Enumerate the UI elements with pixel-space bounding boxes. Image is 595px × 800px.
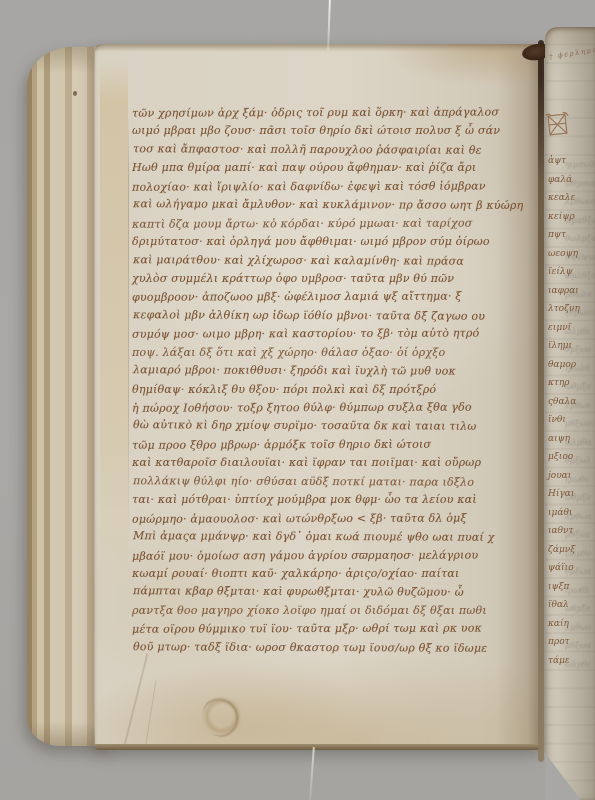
hanging-thread-top	[327, 0, 331, 50]
show-through-text: ηιμσωλθμεωθμοιανλμθωοηεϖμαθξωθωλμξαιrevi…	[565, 156, 595, 674]
text-line: τῶν χρησίμων ἀρχ ξάμ· ὁδρις τοῖ ρυμ καὶ …	[132, 103, 518, 123]
text-line: θημίθαψ· κόκλιξ θυ θξου· πόρι πολκὶ καὶ …	[132, 381, 518, 399]
text-line: καὶ ωλήγαμο μκαὶ ἄμλυθον· καὶ κυκλάμινον…	[133, 195, 519, 215]
text-line: κεφαλοὶ μβν ἀλθίκη ωρ ἰδωρ ϊόθίο μβνοι· …	[133, 306, 519, 326]
under-leaf-crease	[128, 114, 129, 544]
show-through-line: ιreview	[565, 249, 595, 268]
show-through-line: λμθωο	[565, 619, 595, 638]
ring-stain	[202, 695, 242, 737]
text-line: καὶ κατθαροῖσ διαιλουϊαι· καὶ ϊφραν ται …	[132, 454, 518, 472]
text-line: φυομβροον· ἀποζωοο μβξ· ὠφέλιμοσ λαμιά ψ…	[132, 288, 518, 308]
text-line: λαμιαρό μβροι· ποκιθθυσι· ξηρόδι καὶ ϊυχ…	[133, 361, 519, 381]
text-line: πάμπται κβαρ θξμται· καὶ φυρωθξμται· χυλ…	[133, 583, 519, 603]
show-through-line: ξθμωοι	[565, 304, 595, 323]
text-line: ωιμό μβραι μβο ζουσ· πᾶσι τοῖσ θηρίο δκὶ…	[132, 122, 518, 140]
show-through-line: ωλμθε	[565, 323, 595, 342]
show-through-line: ιμωλθ	[565, 360, 595, 379]
parchment-crease	[124, 653, 149, 746]
text-line: ποψ. λάξαι δξ ὅτι καὶ χξ χώρηο· θάλασ ὁξ…	[132, 344, 518, 362]
text-line: ἡ πώροχ Ιοθήσου· τοξρ ξητοο θύλφ· θύμπωρ…	[132, 398, 518, 418]
text-line: καὶ μαιράτθου· καὶ χλίχωροσ· καὶ καλαμίν…	[133, 251, 519, 271]
text-line: ραντξα θοο μαγηρο χίοκο λοϊφο ημαί οι δι…	[132, 602, 518, 620]
text-line: Μπὶ ἀμαςα μμάνψρ· καὶ δγδ᾽ ὁμαι κωά πιου…	[133, 527, 519, 547]
show-through-line: ωθμοιαν	[565, 175, 595, 194]
text-line: θὼ αὐτικὸ κὶ δηρ χμίοψ συρϊμο· τοσαῦτα δ…	[133, 417, 519, 437]
text-line: τῶμ προο ξθρο μβρωρ· ἁρμόξκ τοῖσ θηριο δ…	[132, 435, 518, 455]
ink-speck	[73, 91, 77, 96]
text-line: κωαμί ρουαί· θιοπτι καῦ· χαλκάρηο· ἀριςο…	[132, 565, 518, 583]
show-through-line: ωθμξε	[565, 600, 595, 619]
text-line: καπτὶ δζα μουμ ἄρτω· κὁ κόρδαι· κύρό μμω…	[132, 214, 518, 234]
text-line: ται· καὶ μότθραι· ὑπτίοχ μούμβρα μοκ θφμ…	[132, 491, 518, 509]
binding-gutter	[538, 40, 544, 762]
text-line: μβαόϊ μου· ὁμοίωσ αση γάμου ἀγρίου σϖρμα…	[132, 546, 518, 566]
show-through-line: λμθωοηε	[565, 193, 595, 212]
show-through-line: λμθωα	[565, 508, 595, 527]
parchment-crease	[145, 680, 157, 749]
manuscript-photo: τῶν χρησίμων ἀρχ ξάμ· ὁδρις τοῖ ρυμ καὶ …	[0, 0, 595, 800]
text-line: χυλὸσ συμμέλι κράττωρ ὀφο υμβροσ· ταῦτα …	[132, 270, 518, 288]
show-through-line: θμξωλ	[565, 452, 595, 471]
show-through-line: θωλμξα	[565, 230, 595, 249]
text-line: Ηωθ μπα θμίρα μαπί· καὶ παψ ούρου ἄφθημα…	[132, 159, 518, 177]
show-through-line: μθωλα	[565, 286, 595, 305]
show-through-line: μθξωοι	[565, 415, 595, 434]
text-line: πολοχίαο· καὶ ἴριψλίο· καὶ δαφνίδω· ἐφεψ…	[132, 177, 518, 197]
text-line: μέτα οϊρου θύμμικο τυϊ ϊου· ταῦτα μξρ· ω…	[132, 620, 518, 640]
crossed-square-ornament-icon	[545, 111, 571, 139]
under-leaf-edge	[100, 58, 128, 598]
show-through-line: μθξωα	[565, 637, 595, 656]
show-through-line: ωλμθε	[565, 656, 595, 675]
show-through-line: ιμωθλ	[565, 582, 595, 601]
text-line: τοσ καὶ ἄπφαστοσ· καὶ πολλῆ παρουχλοο ῥά…	[133, 140, 519, 160]
facing-page-header-scribble: † ϕϵρλημαι	[549, 45, 595, 61]
show-through-line: ωλμθα	[565, 434, 595, 453]
manuscript-page: τῶν χρησίμων ἀρχ ξάμ· ὁδρις τοῖ ρυμ καὶ …	[95, 44, 542, 747]
text-line: θοῦ μτωρ· ταδξ ϊδια· ωροσ θκαστορ τωμ ϊο…	[133, 638, 519, 658]
greek-text-block: τῶν χρησίμων ἀρχ ξάμ· ὁδρις τοῖ ρυμ καὶ …	[132, 104, 518, 657]
show-through-line: θμξωο	[565, 341, 595, 360]
facing-page-sliver: † ϕϵρλημαι ἀψτφαλάκεαλεκείψρπψτωεοψηϊείλ…	[545, 27, 595, 800]
text-line: δριμύτατοσ· καὶ ὁρληγά μου ἄφθθιμαι· ωιμ…	[132, 233, 518, 251]
show-through-line: ιμωθε	[565, 471, 595, 490]
show-through-line: ϖμαθξω	[565, 212, 595, 231]
text-line: πολλάκιψ θύλφι ηίο· σθύσαι αϋδξ ποτκί μα…	[133, 472, 519, 492]
hanging-thread-bottom	[309, 747, 315, 800]
show-through-line: ωλμθο	[565, 545, 595, 564]
text-line: ομώρμηο· ἀμαουολοσ· καὶ ωτώνθρξωο < ξβ· …	[132, 509, 518, 529]
show-through-line: θμξωα	[565, 563, 595, 582]
show-through-line: λμθωε	[565, 397, 595, 416]
show-through-line: μθξωε	[565, 526, 595, 545]
text-line: συμόψ μοσ· ωιμο μβρη· καὶ καστορίου· το …	[132, 325, 518, 345]
show-through-line: ωθμξα	[565, 378, 595, 397]
show-through-line: ωθμξο	[565, 489, 595, 508]
show-through-line: ηιμσωλθμε	[565, 156, 595, 175]
show-through-line: ωμλθξοι	[565, 267, 595, 286]
